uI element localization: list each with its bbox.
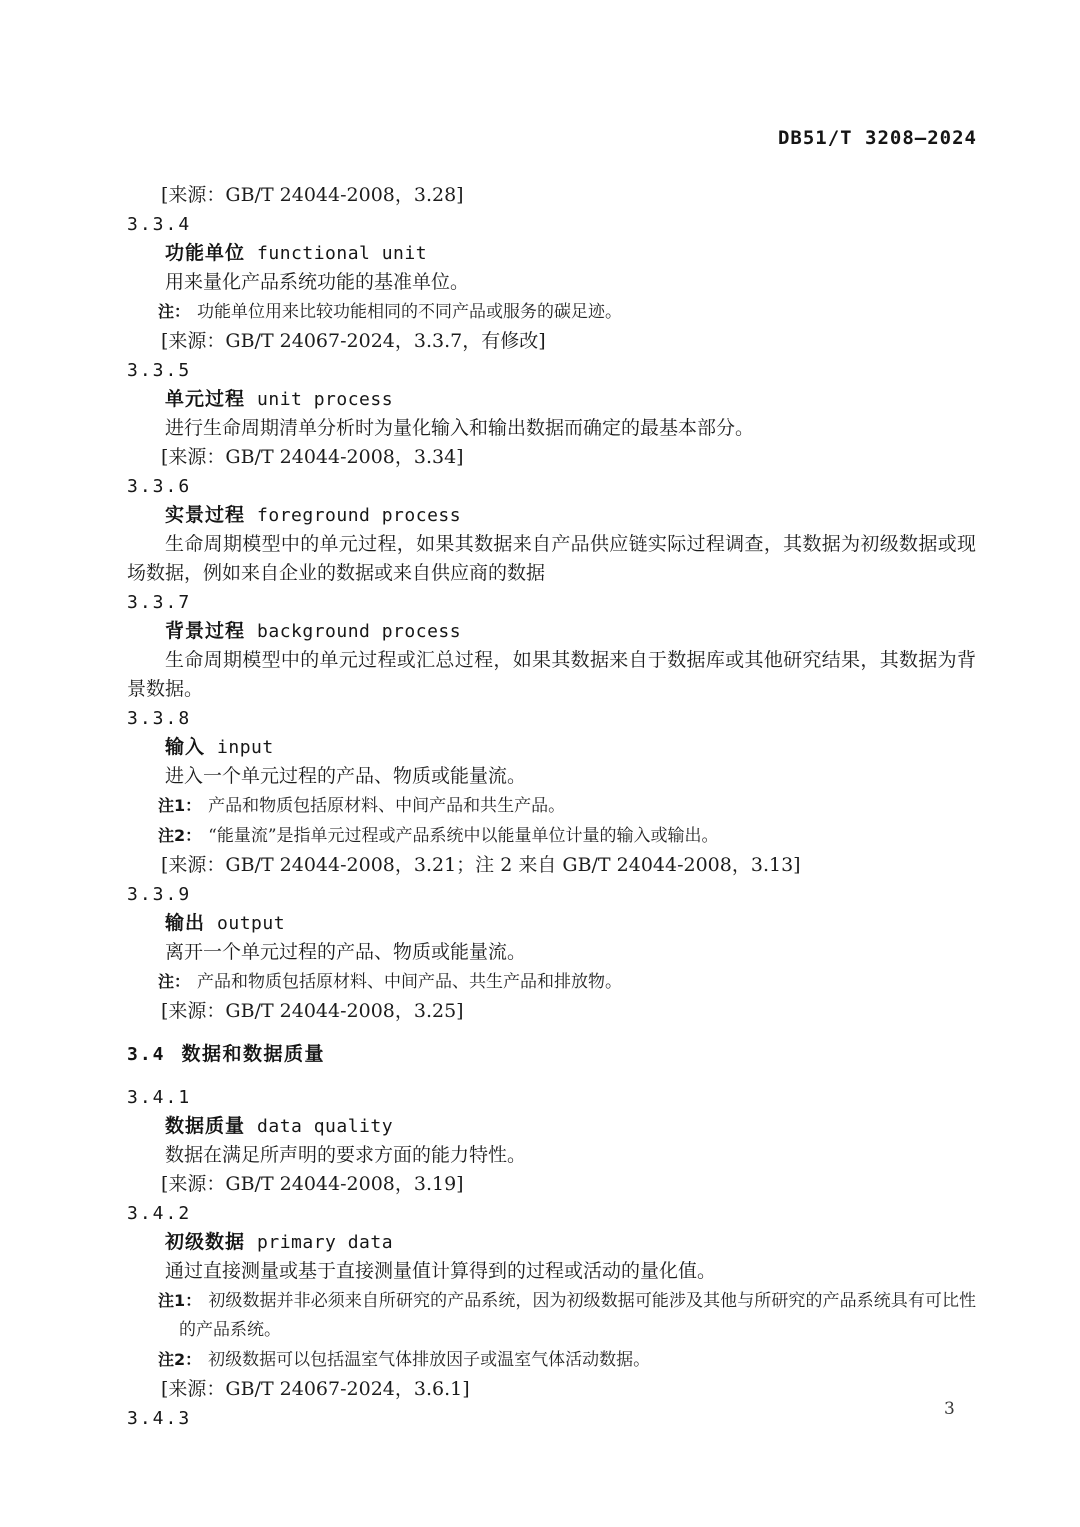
clause-number: 3.3.5	[127, 356, 976, 385]
term-zh: 背景过程	[165, 620, 245, 642]
source-reference: [来源：GB/T 24067-2024，3.3.7，有修改]	[127, 327, 976, 356]
term-zh: 初级数据	[165, 1231, 245, 1253]
term-en: background process	[257, 621, 461, 642]
term-zh: 输入	[165, 736, 205, 758]
note: 注2：初级数据可以包括温室气体排放因子或温室气体活动数据。	[127, 1345, 976, 1375]
definition-text: 用来量化产品系统功能的基准单位。	[127, 268, 976, 297]
source-reference: [来源：GB/T 24044-2008，3.28]	[127, 181, 976, 210]
note-text: 功能单位用来比较功能相同的不同产品或服务的碳足迹。	[197, 302, 622, 322]
definition-text: 生命周期模型中的单元过程，如果其数据来自产品供应链实际过程调查，其数据为初级数据…	[127, 530, 976, 588]
clause-number: 3.4.3	[127, 1404, 976, 1433]
term-en: output	[217, 913, 285, 934]
note-label: 注2：	[158, 1350, 201, 1369]
document-page: DB51/T 3208—2024 [来源：GB/T 24044-2008，3.2…	[0, 0, 1080, 1527]
definition-text: 数据在满足所声明的要求方面的能力特性。	[127, 1141, 976, 1170]
term-en: primary data	[257, 1232, 393, 1253]
definition-text: 通过直接测量或基于直接测量值计算得到的过程或活动的量化值。	[127, 1257, 976, 1286]
source-reference: [来源：GB/T 24044-2008，3.25]	[127, 997, 976, 1026]
source-reference: [来源：GB/T 24044-2008，3.21；注 2 来自 GB/T 240…	[127, 851, 976, 880]
note-text: 初级数据并非必须来自所研究的产品系统，因为初级数据可能涉及其他与所研究的产品系统…	[179, 1291, 976, 1340]
term-zh: 单元过程	[165, 388, 245, 410]
standard-number: DB51/T 3208—2024	[778, 127, 977, 149]
source-reference: [来源：GB/T 24044-2008，3.19]	[127, 1170, 976, 1199]
term-heading: 背景过程background process	[127, 617, 976, 646]
term-heading: 功能单位functional unit	[127, 239, 976, 268]
clause-number: 3.3.8	[127, 704, 976, 733]
note-label: 注：	[158, 302, 190, 321]
note-label: 注1：	[158, 1291, 201, 1310]
term-heading: 单元过程unit process	[127, 385, 976, 414]
term-en: foreground process	[257, 505, 461, 526]
section-number: 3.4	[127, 1044, 166, 1065]
clause-number: 3.3.6	[127, 472, 976, 501]
page-content: [来源：GB/T 24044-2008，3.28] 3.3.4 功能单位func…	[127, 181, 976, 1433]
clause-number: 3.3.4	[127, 210, 976, 239]
term-heading: 初级数据primary data	[127, 1228, 976, 1257]
clause-number: 3.4.1	[127, 1083, 976, 1112]
source-reference: [来源：GB/T 24044-2008，3.34]	[127, 443, 976, 472]
note: 注2：“能量流”是指单元过程或产品系统中以能量单位计量的输入或输出。	[127, 821, 976, 851]
note-text: 初级数据可以包括温室气体排放因子或温室气体活动数据。	[208, 1350, 650, 1370]
definition-text: 生命周期模型中的单元过程或汇总过程，如果其数据来自于数据库或其他研究结果，其数据…	[127, 646, 976, 704]
term-en: functional unit	[257, 243, 427, 264]
note-label: 注1：	[158, 796, 201, 815]
clause-number: 3.4.2	[127, 1199, 976, 1228]
note: 注：产品和物质包括原材料、中间产品、共生产品和排放物。	[127, 967, 976, 997]
term-en: unit process	[257, 389, 393, 410]
term-zh: 输出	[165, 912, 205, 934]
note: 注1：初级数据并非必须来自所研究的产品系统，因为初级数据可能涉及其他与所研究的产…	[127, 1286, 976, 1345]
term-en: input	[217, 737, 274, 758]
note-text: “能量流”是指单元过程或产品系统中以能量单位计量的输入或输出。	[208, 826, 718, 846]
note-text: 产品和物质包括原材料、中间产品和共生产品。	[208, 796, 565, 816]
note: 注1：产品和物质包括原材料、中间产品和共生产品。	[127, 791, 976, 821]
term-en: data quality	[257, 1116, 393, 1137]
section-title: 数据和数据质量	[182, 1043, 326, 1065]
term-heading: 实景过程foreground process	[127, 501, 976, 530]
note: 注：功能单位用来比较功能相同的不同产品或服务的碳足迹。	[127, 297, 976, 327]
clause-number: 3.3.9	[127, 880, 976, 909]
term-zh: 数据质量	[165, 1115, 245, 1137]
note-label: 注：	[158, 972, 190, 991]
section-heading: 3.4数据和数据质量	[127, 1040, 976, 1069]
page-number: 3	[944, 1399, 955, 1419]
definition-text: 离开一个单元过程的产品、物质或能量流。	[127, 938, 976, 967]
note-label: 注2：	[158, 826, 201, 845]
term-heading: 输出output	[127, 909, 976, 938]
note-text: 产品和物质包括原材料、中间产品、共生产品和排放物。	[197, 972, 622, 992]
term-heading: 输入input	[127, 733, 976, 762]
term-zh: 实景过程	[165, 504, 245, 526]
term-zh: 功能单位	[165, 242, 245, 264]
term-heading: 数据质量data quality	[127, 1112, 976, 1141]
definition-text: 进行生命周期清单分析时为量化输入和输出数据而确定的最基本部分。	[127, 414, 976, 443]
source-reference: [来源：GB/T 24067-2024，3.6.1]	[127, 1375, 976, 1404]
clause-number: 3.3.7	[127, 588, 976, 617]
definition-text: 进入一个单元过程的产品、物质或能量流。	[127, 762, 976, 791]
